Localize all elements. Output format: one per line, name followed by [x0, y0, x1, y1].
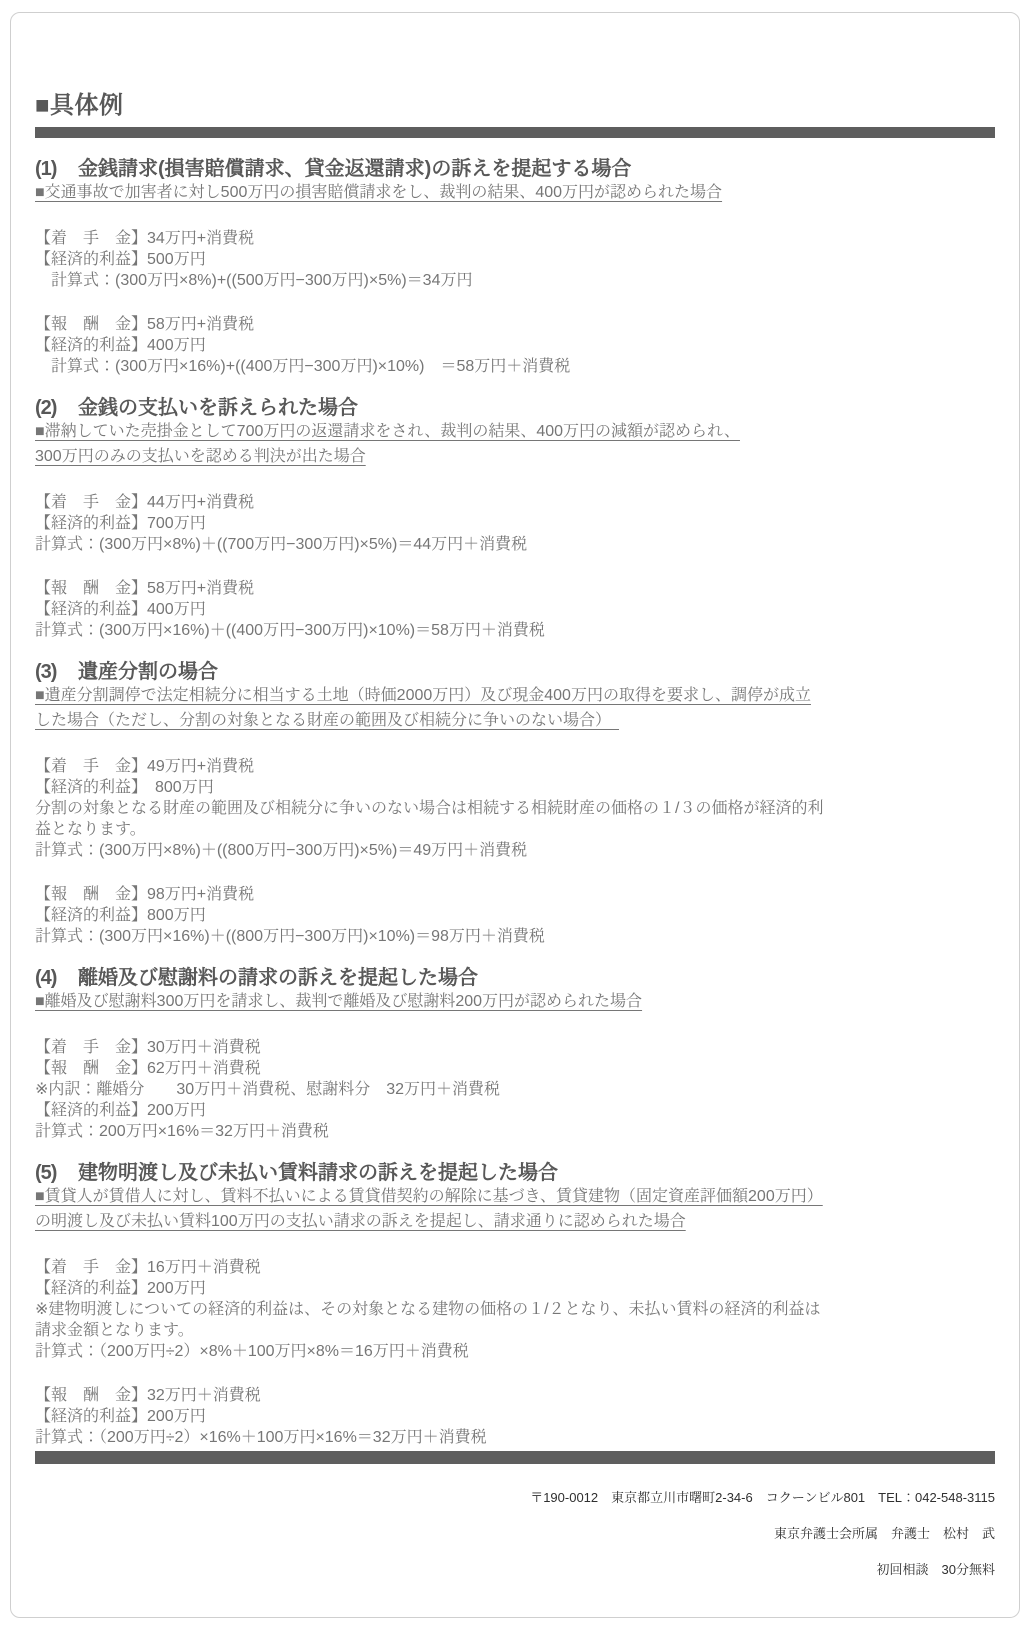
section-heading: (2) 金銭の支払いを訴えられた場合: [35, 397, 995, 419]
fee-block: 【着 手 金】44万円+消費税【経済的利益】700万円計算式：(300万円×8%…: [35, 492, 995, 555]
section-heading: (3) 遺産分割の場合: [35, 661, 995, 683]
section-title: 金銭請求(損害賠償請求、貸金返還請求)の訴えを提起する場合: [78, 158, 631, 180]
example-section: (5) 建物明渡し及び未払い賃料請求の訴えを提起した場合 ■賃貸人が賃借人に対し…: [35, 1162, 995, 1448]
fee-blocks: 【着 手 金】30万円＋消費税【報 酬 金】62万円＋消費税※内訳：離婚分 30…: [35, 1037, 995, 1142]
fee-block: 【報 酬 金】32万円＋消費税【経済的利益】200万円計算式：（200万円÷2）…: [35, 1385, 995, 1448]
fee-blocks: 【着 手 金】44万円+消費税【経済的利益】700万円計算式：(300万円×8%…: [35, 492, 995, 641]
example-section: (1) 金銭請求(損害賠償請求、貸金返還請求)の訴えを提起する場合 ■交通事故で…: [35, 158, 995, 377]
case-description: ■交通事故で加害者に対し500万円の損害賠償請求をし、裁判の結果、400万円が認…: [35, 180, 995, 205]
page-footer: 〒190-0012 東京都立川市曙町2-34-6 コクーンビル801 TEL：0…: [35, 1451, 995, 1597]
section-heading: (1) 金銭請求(損害賠償請求、貸金返還請求)の訴えを提起する場合: [35, 158, 995, 180]
office-contact-info: 〒190-0012 東京都立川市曙町2-34-6 コクーンビル801 TEL：0…: [35, 1471, 995, 1597]
office-address-line: 〒190-0012 東京都立川市曙町2-34-6 コクーンビル801 TEL：0…: [530, 1490, 995, 1505]
case-description: ■賃貸人が賃借人に対し、賃料不払いによる賃貸借契約の解除に基づき、賃貸建物（固定…: [35, 1184, 995, 1234]
section-number: (4): [35, 967, 56, 989]
section-number: (1): [35, 158, 56, 180]
fee-block: 【着 手 金】16万円＋消費税【経済的利益】200万円※建物明渡しについての経済…: [35, 1257, 995, 1362]
fee-block: 【報 酬 金】98万円+消費税【経済的利益】800万円計算式：(300万円×16…: [35, 884, 995, 947]
fee-block: 【報 酬 金】58万円+消費税【経済的利益】400万円計算式：(300万円×16…: [35, 578, 995, 641]
section-number: (2): [35, 397, 56, 419]
examples-list: (1) 金銭請求(損害賠償請求、貸金返還請求)の訴えを提起する場合 ■交通事故で…: [35, 158, 995, 1448]
section-title: 遺産分割の場合: [78, 661, 218, 683]
case-description: ■遺産分割調停で法定相続分に相当する土地（時価2000万円）及び現金400万円の…: [35, 683, 995, 733]
consultation-note-line: 初回相談 30分無料: [877, 1562, 995, 1577]
example-section: (4) 離婚及び慰謝料の請求の訴えを提起した場合 ■離婚及び慰謝料300万円を請…: [35, 967, 995, 1142]
lawyer-name-line: 東京弁護士会所属 弁護士 松村 武: [774, 1526, 995, 1541]
section-number: (3): [35, 661, 56, 683]
fee-block: 【着 手 金】30万円＋消費税【報 酬 金】62万円＋消費税※内訳：離婚分 30…: [35, 1037, 995, 1142]
fee-block: 【着 手 金】49万円+消費税【経済的利益】 800万円分割の対象となる財産の範…: [35, 756, 995, 861]
bottom-separator-bar: [35, 1451, 995, 1464]
example-section: (2) 金銭の支払いを訴えられた場合 ■滞納していた売掛金として700万円の返還…: [35, 397, 995, 641]
top-separator-bar: [35, 127, 995, 138]
fee-blocks: 【着 手 金】16万円＋消費税【経済的利益】200万円※建物明渡しについての経済…: [35, 1257, 995, 1448]
section-heading: (5) 建物明渡し及び未払い賃料請求の訴えを提起した場合: [35, 1162, 995, 1184]
section-title: 建物明渡し及び未払い賃料請求の訴えを提起した場合: [78, 1162, 558, 1184]
section-number: (5): [35, 1162, 56, 1184]
fee-block: 【報 酬 金】58万円+消費税【経済的利益】400万円 計算式：(300万円×1…: [35, 314, 995, 377]
page-container: ■具体例 (1) 金銭請求(損害賠償請求、貸金返還請求)の訴えを提起する場合 ■…: [10, 12, 1020, 1618]
page-title: ■具体例: [35, 91, 995, 121]
section-title: 離婚及び慰謝料の請求の訴えを提起した場合: [78, 967, 478, 989]
fee-blocks: 【着 手 金】49万円+消費税【経済的利益】 800万円分割の対象となる財産の範…: [35, 756, 995, 947]
section-title: 金銭の支払いを訴えられた場合: [78, 397, 358, 419]
fee-blocks: 【着 手 金】34万円+消費税【経済的利益】500万円 計算式：(300万円×8…: [35, 228, 995, 377]
case-description: ■離婚及び慰謝料300万円を請求し、裁判で離婚及び慰謝料200万円が認められた場…: [35, 989, 995, 1014]
example-section: (3) 遺産分割の場合 ■遺産分割調停で法定相続分に相当する土地（時価2000万…: [35, 661, 995, 947]
section-heading: (4) 離婚及び慰謝料の請求の訴えを提起した場合: [35, 967, 995, 989]
case-description: ■滞納していた売掛金として700万円の返還請求をされ、裁判の結果、400万円の減…: [35, 419, 995, 469]
fee-block: 【着 手 金】34万円+消費税【経済的利益】500万円 計算式：(300万円×8…: [35, 228, 995, 291]
